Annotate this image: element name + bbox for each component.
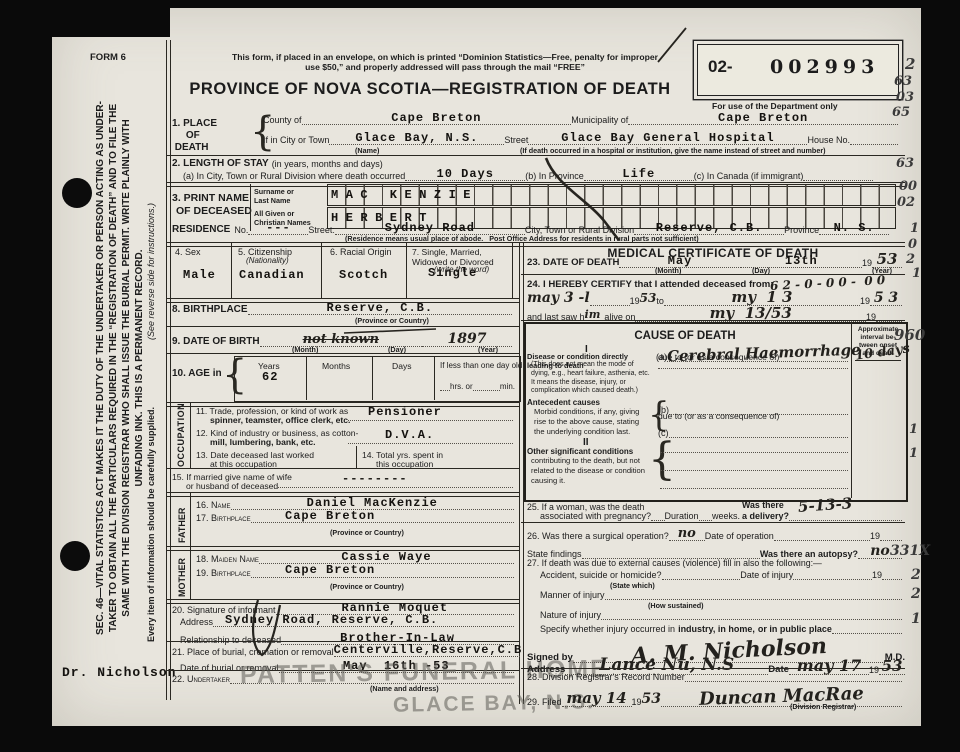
s10-years-value: 62 [262, 370, 278, 384]
s16-value: Daniel MacKenzie [307, 496, 438, 510]
s8-value: Reserve, C.B. [326, 301, 433, 315]
s17-label: 17. Birthplace [196, 513, 251, 523]
s27-label: 27. If death was due to external causes … [527, 558, 822, 568]
cause-antecedent-note: Morbid conditions, if any, giving rise t… [534, 407, 650, 437]
s25-weeks-label: weeks. [712, 511, 740, 521]
s27-specify-bold: industry, in home, [678, 624, 755, 634]
s15-label2: or husband of deceased [186, 481, 278, 491]
pencil-mark: 1 [909, 446, 918, 461]
s26-date-label: Date of operation [705, 531, 774, 541]
doctor-annotation: Dr. Nicholson [62, 665, 176, 680]
s1-label: 1. PLACE OF DEATH [172, 118, 217, 154]
s4-value: Male [183, 268, 216, 282]
pencil-mark: 2 [911, 567, 921, 583]
s11-label2: spinner, teamster, office clerk, etc. [210, 415, 350, 425]
s1-house-label: House No. [807, 135, 850, 145]
pencil-mark: 63 [894, 74, 912, 89]
s12-value: D.V.A. [385, 428, 434, 442]
form-number: FORM 6 [90, 52, 126, 63]
s24-yb: 5 3 [874, 290, 898, 306]
s21-label: 21. Place of burial, cremation or remova… [172, 647, 334, 657]
punch-hole-top [62, 178, 92, 208]
pencil-mark: 1 [910, 221, 919, 236]
s26-19: 19 [870, 531, 880, 541]
s29-19: 19 [632, 697, 642, 707]
s24-ya: 53 [640, 292, 657, 306]
s19-label: 19. Birthplace [196, 568, 251, 578]
s3-residence-label: RESIDENCE [172, 224, 230, 236]
s10-hrs-label: hrs. or [450, 382, 473, 391]
pencil-mark: 2 [911, 586, 921, 602]
s24-from-handwriting: may 3 -l [527, 290, 590, 306]
mail-notice-line1: This form, if placed in an envelope, on … [205, 52, 685, 62]
s5-value: Canadian [239, 268, 305, 282]
scan-corner-shadow [0, 0, 170, 37]
s3-street-label: Street: [308, 225, 335, 235]
s1-municipality-label: Municipality of [571, 115, 628, 125]
form-title: PROVINCE OF NOVA SCOTIA—REGISTRATION OF … [180, 80, 680, 99]
s18-label: 18. Maiden Name [196, 554, 259, 564]
s27-specify-label: Specify whether injury occurred in [540, 624, 675, 634]
s26-label: 26. Was there a surgical operation? [527, 531, 669, 541]
cause-antecedent-label: Antecedent causes [527, 398, 600, 407]
s27-state-which-caption: (State which) [610, 581, 655, 590]
s2-b-value: Life [622, 167, 655, 181]
s3-residence-no: --- [266, 221, 291, 235]
mother-vertical-label: MOTHER [177, 549, 187, 597]
s1-city-value: Glace Bay, N.S. [355, 131, 478, 145]
s23-19: 19 [862, 258, 872, 268]
s9-label: 9. DATE OF BIRTH [172, 336, 260, 348]
s7-value: Single [428, 266, 477, 280]
pencil-mark: 331X [890, 543, 930, 559]
pencil-mark: 1 [911, 611, 921, 627]
s6-value: Scotch [339, 268, 388, 282]
cause-other-note: contributing to the death, but not relat… [531, 456, 649, 486]
s22-label: 22. Undertaker [172, 674, 230, 684]
registration-number: 002993 [770, 56, 879, 78]
s3-surname-label: Surname or Last Name [254, 188, 294, 205]
s10-label: 10. AGE in [172, 368, 222, 379]
mail-notice-line2: use $50,” and properly addressed will pa… [205, 62, 685, 72]
s1-county-value: Cape Breton [391, 111, 481, 125]
s25-duration-label: Duration [665, 511, 699, 521]
s27-19: 19 [872, 570, 882, 580]
s29-filed-date-handwriting: may 14 [566, 689, 626, 707]
s2-a-label: (a) In City, Town or Rural Division wher… [183, 171, 405, 181]
s29-label: 29. Filed [527, 697, 562, 707]
occupation-vertical-label: OCCUPATION [176, 405, 186, 467]
pencil-mark: 02 [897, 195, 915, 210]
see-reverse-note: (See reverse side for instructions.) [146, 190, 156, 340]
s25-delivery-label2: a delivery? [742, 511, 789, 521]
cause-title: CAUSE OF DEATH [560, 330, 810, 342]
s27-date-injury-label: Date of injury [740, 570, 793, 580]
statute-vertical-text: SEC. 46—VITAL STATISTICS ACT MAKES IT TH… [94, 94, 146, 642]
every-item-note: Every item of information should be care… [146, 390, 156, 642]
s1-city-label: If in City or Town [263, 135, 329, 145]
s29-caption: (Division Registrar) [790, 702, 856, 711]
s3-division-value: Reserve, C.B. [656, 221, 763, 235]
pencil-mark: 03 [896, 90, 914, 105]
s3-label2: OF DECEASED [176, 205, 252, 217]
s8-label: 8. BIRTHPLACE [172, 304, 248, 316]
s10-days-label: Days [392, 361, 412, 371]
s1-name-caption: (Name) [355, 146, 379, 155]
s12-label2: mill, lumbering, bank, etc. [210, 437, 316, 447]
s5-sublabel: (Nationality) [246, 256, 289, 265]
s1-county-label: County of [263, 115, 302, 125]
cause-a-dueto: due to (or as a consequence of) [658, 352, 779, 362]
pencil-mark: 0 [908, 237, 917, 252]
s27-nature-label: Nature of injury [540, 610, 601, 620]
s15-value: -------- [342, 472, 408, 486]
s10-less-label: If less than one day old [440, 361, 522, 370]
pencil-mark: 65 [892, 105, 910, 120]
s11-value: Pensioner [368, 405, 442, 419]
registration-prefix: 02- [708, 57, 733, 77]
s27-how-sustained-caption: (How sustained) [648, 601, 704, 610]
s3-province-label: Province [784, 225, 819, 235]
s1-street-label: Street [504, 135, 528, 145]
scanned-death-registration: FORM 6 SEC. 46—VITAL STATISTICS ACT MAKE… [0, 0, 960, 752]
s27-manner-label: Manner of injury [540, 590, 605, 600]
punch-hole-bottom [60, 541, 90, 571]
s8-caption: (Province or Country) [355, 316, 429, 325]
s29-year-handwriting: 53 [642, 691, 661, 707]
s3-street-value: Sydney Road [385, 221, 475, 235]
s1-street-value: Glace Bay General Hospital [561, 131, 774, 145]
s25-delivery-label1: Was there [742, 500, 784, 510]
s3-province-value: N. S. [834, 221, 875, 235]
s3-no-label: No. [234, 225, 248, 235]
s18-value: Cassie Waye [341, 550, 431, 564]
pencil-mark: 1 [912, 266, 921, 281]
pencil-mark: 2 [906, 252, 915, 267]
s27-accident-label: Accident, suicide or homicide? [540, 570, 662, 580]
s6-label: 6. Racial Origin [330, 247, 392, 257]
pencil-mark: 2 [905, 55, 915, 73]
s2-b-label: (b) In Province [525, 171, 584, 181]
s17-caption: (Province or Country) [330, 528, 404, 537]
cause-lead-note: (This does not mean the mode of dying, e… [531, 361, 651, 396]
pencil-mark: 63 [896, 156, 914, 171]
s26-autopsy-handwriting: no [870, 543, 890, 559]
s21-value: Centerville,Reserve,C.B [334, 643, 523, 657]
s25-label2: associated with pregnancy? [540, 511, 651, 521]
s20-address-label: Address [180, 617, 213, 627]
s3-surname-value: MAC KENZIE [331, 188, 478, 202]
s1-hospital-note: (If death occurred in a hospital or inst… [520, 146, 826, 155]
registration-number-box: 02- 002993 [697, 44, 899, 96]
s23-day: 13th [785, 254, 818, 268]
pencil-mark: 960 [894, 326, 925, 344]
cause-other-label: Other significant conditions [527, 447, 633, 456]
cause-b-dueto: due to (or as a consequence of) [658, 411, 779, 421]
pencil-mark: 1 [909, 422, 918, 437]
s2-a-value: 10 Days [437, 167, 494, 181]
s1-municipality-value: Cape Breton [718, 111, 808, 125]
s28-label: 28. Division Registrar's Record Number [527, 672, 685, 682]
s26-operation-handwriting: no [678, 526, 696, 541]
s24-19a: 19 [630, 296, 640, 306]
s24-to-label: to [656, 296, 664, 306]
pencil-mark: 00 [899, 179, 917, 194]
s10-min-label: min. [500, 382, 515, 391]
s19-caption: (Province or Country) [330, 582, 404, 591]
s24-19b: 19 [860, 296, 870, 306]
cause-ii-brace: { [648, 438, 676, 482]
father-vertical-label: FATHER [177, 495, 187, 543]
s10-months-label: Months [322, 361, 350, 371]
s23-label: 23. DATE OF DEATH [527, 257, 619, 268]
s4-label: 4. Sex [175, 247, 201, 257]
s2-c-label: (c) In Canada (if immigrant) [694, 171, 804, 181]
s16-label: 16. Name [196, 500, 231, 510]
s3-label1: 3. PRINT NAME [172, 192, 249, 204]
dept-use-note: For use of the Department only [712, 101, 838, 111]
